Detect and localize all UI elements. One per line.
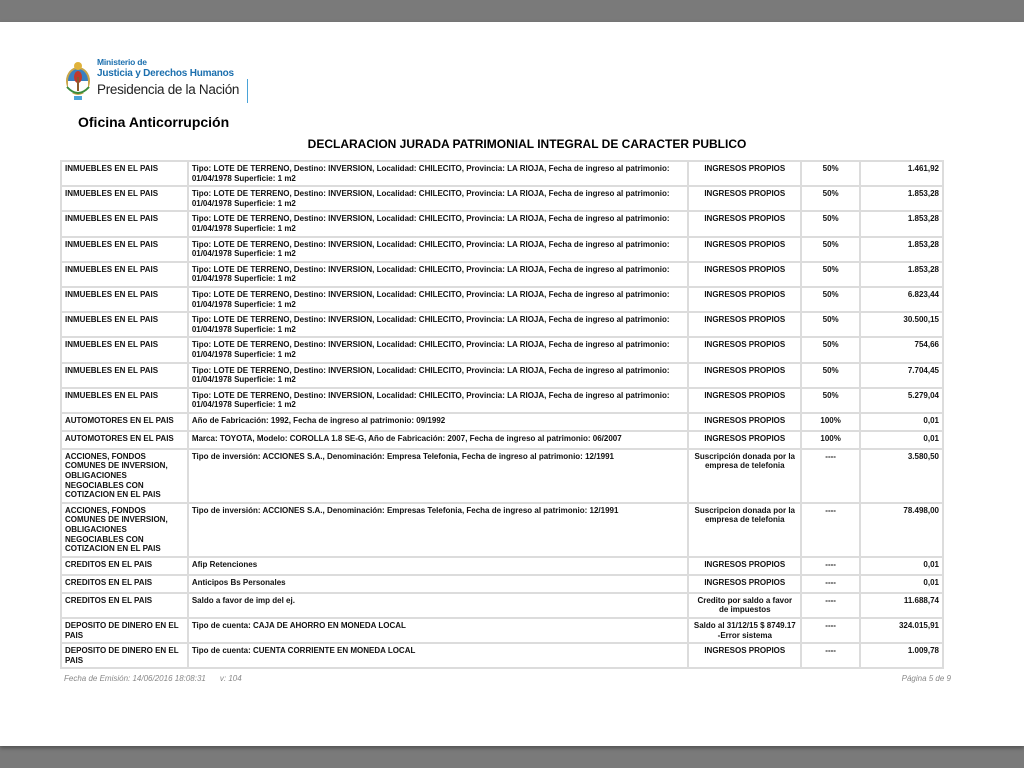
- row-origin: Credito por saldo a favor de impuestos: [688, 593, 801, 618]
- row-value: 0,01: [860, 557, 943, 575]
- table-row: ACCIONES, FONDOS COMUNES DE INVERSION, O…: [61, 503, 943, 557]
- row-origin: Suscripcion donada por la empresa de tel…: [688, 503, 801, 557]
- row-origin: INGRESOS PROPIOS: [688, 575, 801, 593]
- row-description: Tipo: LOTE DE TERRENO, Destino: INVERSIO…: [188, 337, 689, 362]
- row-category: AUTOMOTORES EN EL PAIS: [61, 431, 188, 449]
- row-origin: INGRESOS PROPIOS: [688, 431, 801, 449]
- row-percent: ----: [801, 618, 860, 643]
- row-description: Tipo: LOTE DE TERRENO, Destino: INVERSIO…: [188, 161, 689, 186]
- row-origin: INGRESOS PROPIOS: [688, 388, 801, 413]
- row-category: CREDITOS EN EL PAIS: [61, 575, 188, 593]
- row-description: Tipo de inversión: ACCIONES S.A., Denomi…: [188, 503, 689, 557]
- table-row: INMUEBLES EN EL PAISTipo: LOTE DE TERREN…: [61, 337, 943, 362]
- row-category: INMUEBLES EN EL PAIS: [61, 262, 188, 287]
- table-row: AUTOMOTORES EN EL PAISMarca: TOYOTA, Mod…: [61, 431, 943, 449]
- row-origin: INGRESOS PROPIOS: [688, 211, 801, 236]
- row-description: Tipo: LOTE DE TERRENO, Destino: INVERSIO…: [188, 211, 689, 236]
- row-value: 1.461,92: [860, 161, 943, 186]
- row-origin: INGRESOS PROPIOS: [688, 643, 801, 668]
- row-description: Tipo: LOTE DE TERRENO, Destino: INVERSIO…: [188, 237, 689, 262]
- row-category: CREDITOS EN EL PAIS: [61, 593, 188, 618]
- row-value: 30.500,15: [860, 312, 943, 337]
- row-value: 754,66: [860, 337, 943, 362]
- row-description: Tipo: LOTE DE TERRENO, Destino: INVERSIO…: [188, 388, 689, 413]
- row-percent: 50%: [801, 287, 860, 312]
- table-row: INMUEBLES EN EL PAISTipo: LOTE DE TERREN…: [61, 237, 943, 262]
- row-category: DEPOSITO DE DINERO EN EL PAIS: [61, 618, 188, 643]
- table-row: INMUEBLES EN EL PAISTipo: LOTE DE TERREN…: [61, 262, 943, 287]
- ministry-name: Ministerio de Justicia y Derechos Humano…: [97, 57, 234, 79]
- row-percent: 50%: [801, 262, 860, 287]
- row-description: Tipo de cuenta: CAJA DE AHORRO EN MONEDA…: [188, 618, 689, 643]
- row-percent: 50%: [801, 211, 860, 236]
- row-percent: 50%: [801, 186, 860, 211]
- row-description: Marca: TOYOTA, Modelo: COROLLA 1.8 SE-G,…: [188, 431, 689, 449]
- row-origin: INGRESOS PROPIOS: [688, 413, 801, 431]
- row-description: Año de Fabricación: 1992, Fecha de ingre…: [188, 413, 689, 431]
- row-category: AUTOMOTORES EN EL PAIS: [61, 413, 188, 431]
- row-value: 6.823,44: [860, 287, 943, 312]
- row-category: ACCIONES, FONDOS COMUNES DE INVERSION, O…: [61, 503, 188, 557]
- row-description: Tipo de cuenta: CUENTA CORRIENTE EN MONE…: [188, 643, 689, 668]
- row-description: Tipo: LOTE DE TERRENO, Destino: INVERSIO…: [188, 186, 689, 211]
- row-category: INMUEBLES EN EL PAIS: [61, 161, 188, 186]
- row-description: Tipo: LOTE DE TERRENO, Destino: INVERSIO…: [188, 363, 689, 388]
- row-origin: INGRESOS PROPIOS: [688, 186, 801, 211]
- table-row: INMUEBLES EN EL PAISTipo: LOTE DE TERREN…: [61, 287, 943, 312]
- row-description: Afip Retenciones: [188, 557, 689, 575]
- row-percent: 50%: [801, 363, 860, 388]
- row-value: 1.853,28: [860, 262, 943, 287]
- row-category: INMUEBLES EN EL PAIS: [61, 363, 188, 388]
- row-percent: ----: [801, 593, 860, 618]
- row-value: 0,01: [860, 431, 943, 449]
- document-page: Ministerio de Justicia y Derechos Humano…: [0, 22, 1024, 746]
- row-origin: Saldo al 31/12/15 $ 8749.17 -Error siste…: [688, 618, 801, 643]
- presidencia-label: Presidencia de la Nación: [97, 82, 239, 97]
- version-label: v: 104: [220, 674, 242, 683]
- row-percent: ----: [801, 557, 860, 575]
- row-percent: ----: [801, 643, 860, 668]
- page-number: Página 5 de 9: [902, 674, 951, 683]
- row-origin: INGRESOS PROPIOS: [688, 337, 801, 362]
- ministry-logo: Ministerio de Justicia y Derechos Humano…: [63, 55, 263, 107]
- row-value: 1.853,28: [860, 186, 943, 211]
- document-title: DECLARACION JURADA PATRIMONIAL INTEGRAL …: [0, 137, 1024, 151]
- row-percent: 50%: [801, 237, 860, 262]
- row-value: 0,01: [860, 575, 943, 593]
- table-row: INMUEBLES EN EL PAISTipo: LOTE DE TERREN…: [61, 186, 943, 211]
- row-percent: ----: [801, 449, 860, 503]
- emission-info: Fecha de Emisión: 14/06/2016 18:08:31v: …: [64, 674, 242, 683]
- row-origin: INGRESOS PROPIOS: [688, 262, 801, 287]
- row-description: Tipo: LOTE DE TERRENO, Destino: INVERSIO…: [188, 262, 689, 287]
- office-name: Oficina Anticorrupción: [78, 114, 229, 130]
- row-origin: INGRESOS PROPIOS: [688, 312, 801, 337]
- row-description: Tipo de inversión: ACCIONES S.A., Denomi…: [188, 449, 689, 503]
- row-category: DEPOSITO DE DINERO EN EL PAIS: [61, 643, 188, 668]
- row-description: Tipo: LOTE DE TERRENO, Destino: INVERSIO…: [188, 312, 689, 337]
- row-description: Saldo a favor de imp del ej.: [188, 593, 689, 618]
- row-value: 3.580,50: [860, 449, 943, 503]
- row-percent: ----: [801, 503, 860, 557]
- row-category: INMUEBLES EN EL PAIS: [61, 237, 188, 262]
- row-category: CREDITOS EN EL PAIS: [61, 557, 188, 575]
- row-category: INMUEBLES EN EL PAIS: [61, 312, 188, 337]
- table-row: INMUEBLES EN EL PAISTipo: LOTE DE TERREN…: [61, 211, 943, 236]
- table-row: INMUEBLES EN EL PAISTipo: LOTE DE TERREN…: [61, 363, 943, 388]
- row-description: Anticipos Bs Personales: [188, 575, 689, 593]
- row-category: INMUEBLES EN EL PAIS: [61, 186, 188, 211]
- row-value: 78.498,00: [860, 503, 943, 557]
- row-value: 1.853,28: [860, 211, 943, 236]
- ministry-line2: Justicia y Derechos Humanos: [97, 68, 234, 79]
- row-value: 1.009,78: [860, 643, 943, 668]
- assets-table: INMUEBLES EN EL PAISTipo: LOTE DE TERREN…: [60, 160, 944, 669]
- table-row: INMUEBLES EN EL PAISTipo: LOTE DE TERREN…: [61, 161, 943, 186]
- row-value: 7.704,45: [860, 363, 943, 388]
- row-origin: INGRESOS PROPIOS: [688, 363, 801, 388]
- table-row: INMUEBLES EN EL PAISTipo: LOTE DE TERREN…: [61, 312, 943, 337]
- row-percent: 100%: [801, 413, 860, 431]
- row-origin: INGRESOS PROPIOS: [688, 557, 801, 575]
- row-percent: 50%: [801, 312, 860, 337]
- table-row: INMUEBLES EN EL PAISTipo: LOTE DE TERREN…: [61, 388, 943, 413]
- table-row: CREDITOS EN EL PAISAfip RetencionesINGRE…: [61, 557, 943, 575]
- row-value: 0,01: [860, 413, 943, 431]
- row-category: INMUEBLES EN EL PAIS: [61, 337, 188, 362]
- table-row: CREDITOS EN EL PAISAnticipos Bs Personal…: [61, 575, 943, 593]
- row-percent: 50%: [801, 161, 860, 186]
- row-percent: 100%: [801, 431, 860, 449]
- row-percent: 50%: [801, 337, 860, 362]
- row-value: 324.015,91: [860, 618, 943, 643]
- emission-date: Fecha de Emisión: 14/06/2016 18:08:31: [64, 674, 206, 683]
- row-value: 11.688,74: [860, 593, 943, 618]
- row-origin: INGRESOS PROPIOS: [688, 237, 801, 262]
- table-row: ACCIONES, FONDOS COMUNES DE INVERSION, O…: [61, 449, 943, 503]
- ministry-line1: Ministerio de: [97, 57, 234, 68]
- table-row: AUTOMOTORES EN EL PAISAño de Fabricación…: [61, 413, 943, 431]
- row-origin: INGRESOS PROPIOS: [688, 161, 801, 186]
- row-origin: Suscripción donada por la empresa de tel…: [688, 449, 801, 503]
- row-description: Tipo: LOTE DE TERRENO, Destino: INVERSIO…: [188, 287, 689, 312]
- row-category: INMUEBLES EN EL PAIS: [61, 388, 188, 413]
- row-origin: INGRESOS PROPIOS: [688, 287, 801, 312]
- row-percent: ----: [801, 575, 860, 593]
- argentina-coat-of-arms-icon: [63, 57, 93, 103]
- row-percent: 50%: [801, 388, 860, 413]
- logo-divider: [247, 79, 248, 103]
- table-row: CREDITOS EN EL PAISSaldo a favor de imp …: [61, 593, 943, 618]
- table-row: DEPOSITO DE DINERO EN EL PAISTipo de cue…: [61, 618, 943, 643]
- row-value: 1.853,28: [860, 237, 943, 262]
- row-category: INMUEBLES EN EL PAIS: [61, 211, 188, 236]
- row-category: ACCIONES, FONDOS COMUNES DE INVERSION, O…: [61, 449, 188, 503]
- row-value: 5.279,04: [860, 388, 943, 413]
- table-row: DEPOSITO DE DINERO EN EL PAISTipo de cue…: [61, 643, 943, 668]
- row-category: INMUEBLES EN EL PAIS: [61, 287, 188, 312]
